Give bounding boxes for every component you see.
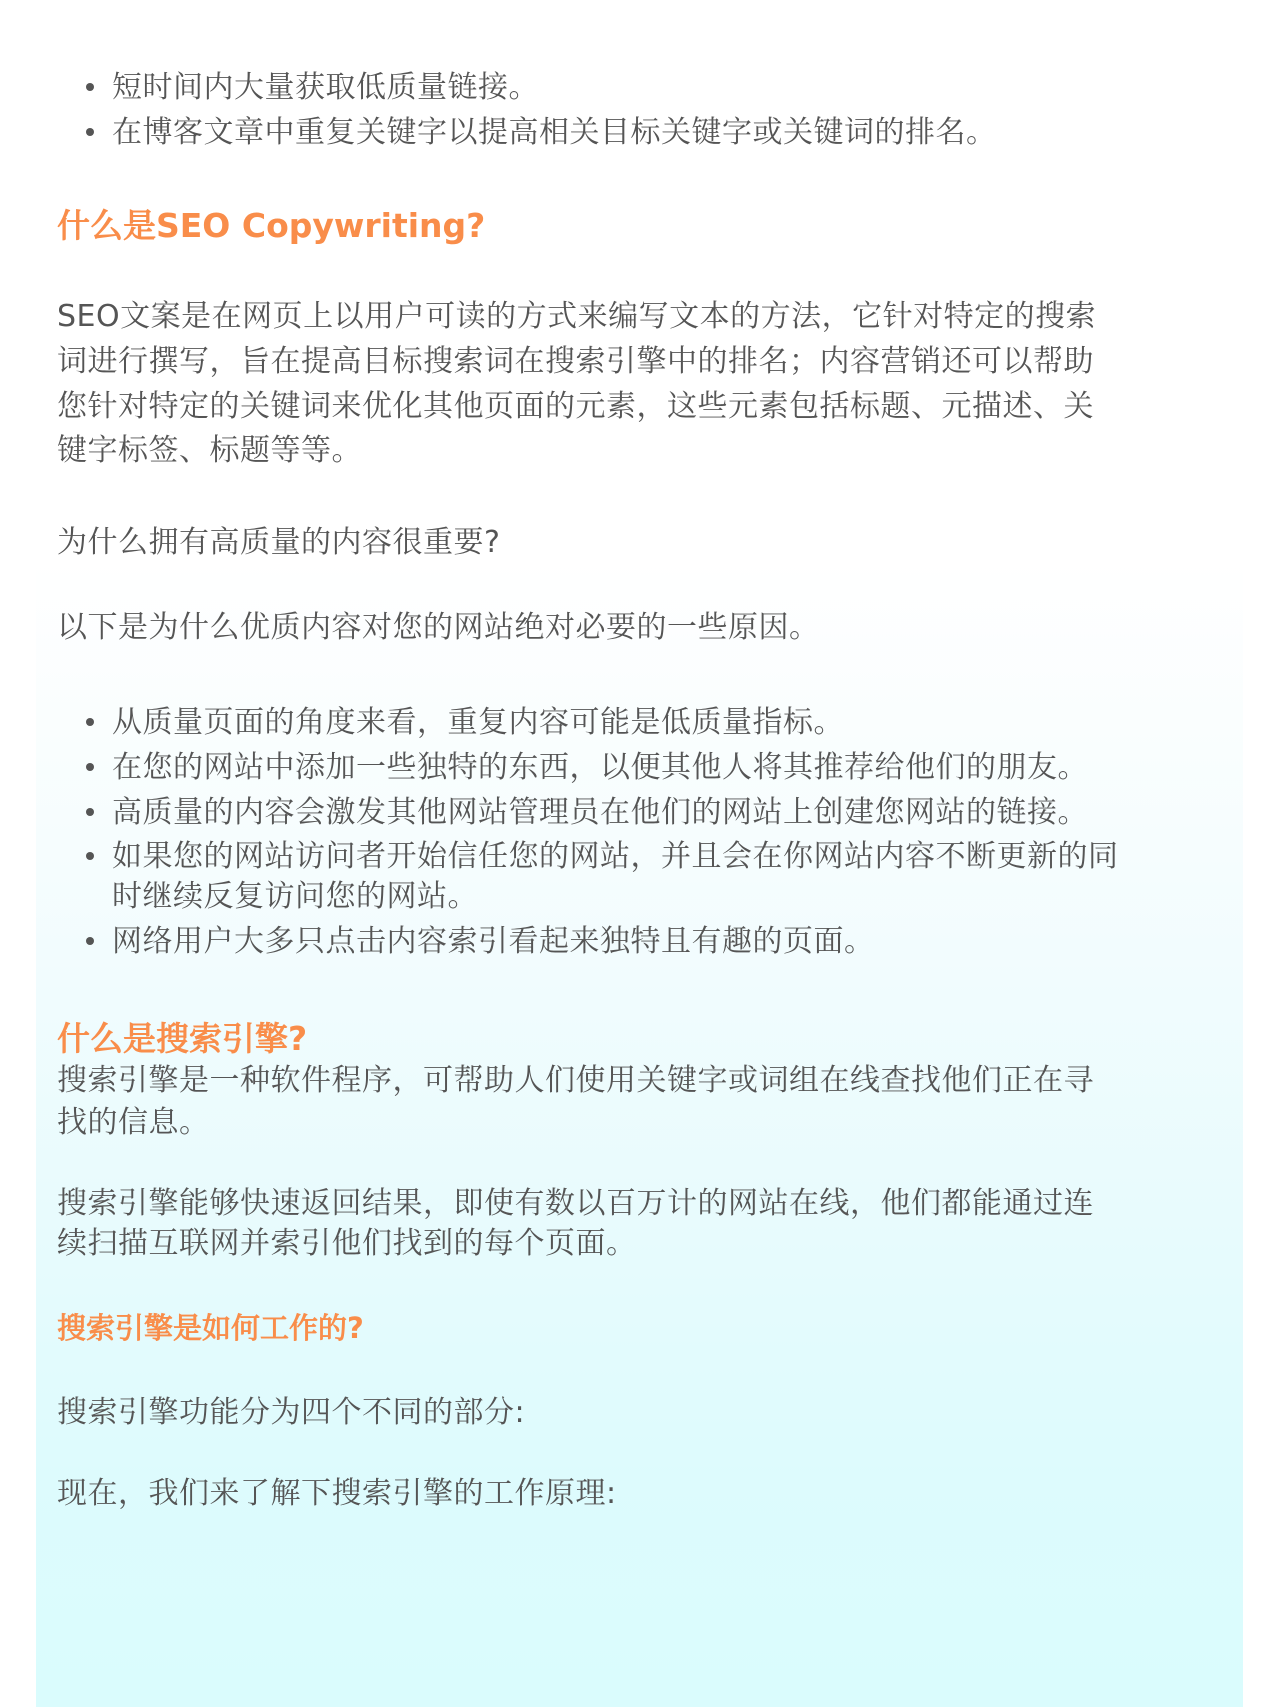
paragraph-line: 续扫描互联网并索引他们找到的每个页面。 [57, 1221, 637, 1266]
list-item: 如果您的网站访问者开始信任您的网站，并且会在你网站内容不断更新的同 [112, 834, 1119, 879]
bullet-dot [86, 128, 94, 136]
bullet-dot [86, 763, 94, 771]
list-item: 短时间内大量获取低质量链接。 [112, 65, 539, 110]
list-item: 高质量的内容会激发其他网站管理员在他们的网站上创建您网站的链接。 [112, 790, 1088, 835]
list-item: 从质量页面的角度来看，重复内容可能是低质量指标。 [112, 700, 844, 745]
paragraph-line: 搜索引擎是一种软件程序，可帮助人们使用关键字或词组在线查找他们正在寻 [57, 1058, 1094, 1103]
paragraph-line: 词进行撰写，旨在提高目标搜索词在搜索引擎中的排名；内容营销还可以帮助 [57, 339, 1094, 384]
paragraph-line: 搜索引擎能够快速返回结果，即使有数以百万计的网站在线，他们都能通过连 [57, 1181, 1094, 1226]
bullet-dot [86, 852, 94, 860]
list-item: 网络用户大多只点击内容索引看起来独特且有趣的页面。 [112, 919, 875, 964]
bullet-dot [86, 937, 94, 945]
heading-search-engine: 什么是搜索引擎? [57, 1016, 307, 1061]
heading-seo-copywriting: 什么是SEO Copywriting? [57, 203, 485, 248]
intro-text: 以下是为什么优质内容对您的网站绝对必要的一些原因。 [57, 605, 820, 650]
paragraph-line: 您针对特定的关键词来优化其他页面的元素，这些元素包括标题、元描述、关 [57, 384, 1094, 429]
now-text: 现在，我们来了解下搜索引擎的工作原理: [57, 1471, 617, 1516]
bullet-dot [86, 83, 94, 91]
paragraph-line: 键字标签、标题等等。 [57, 428, 362, 473]
paragraph-line: SEO文案是在网页上以用户可读的方式来编写文本的方法，它针对特定的搜索 [57, 294, 1096, 339]
list-item: 在博客文章中重复关键字以提高相关目标关键字或关键词的排名。 [112, 110, 997, 155]
heading-how-search-engine-works: 搜索引擎是如何工作的? [57, 1306, 364, 1351]
bullet-dot [86, 718, 94, 726]
bullet-dot [86, 808, 94, 816]
list-item-continuation: 时继续反复访问您的网站。 [112, 874, 478, 919]
paragraph-line: 找的信息。 [57, 1100, 210, 1145]
question-text: 为什么拥有高质量的内容很重要? [57, 520, 500, 565]
parts-text: 搜索引擎功能分为四个不同的部分: [57, 1390, 525, 1435]
list-item: 在您的网站中添加一些独特的东西，以便其他人将其推荐给他们的朋友。 [112, 745, 1088, 790]
